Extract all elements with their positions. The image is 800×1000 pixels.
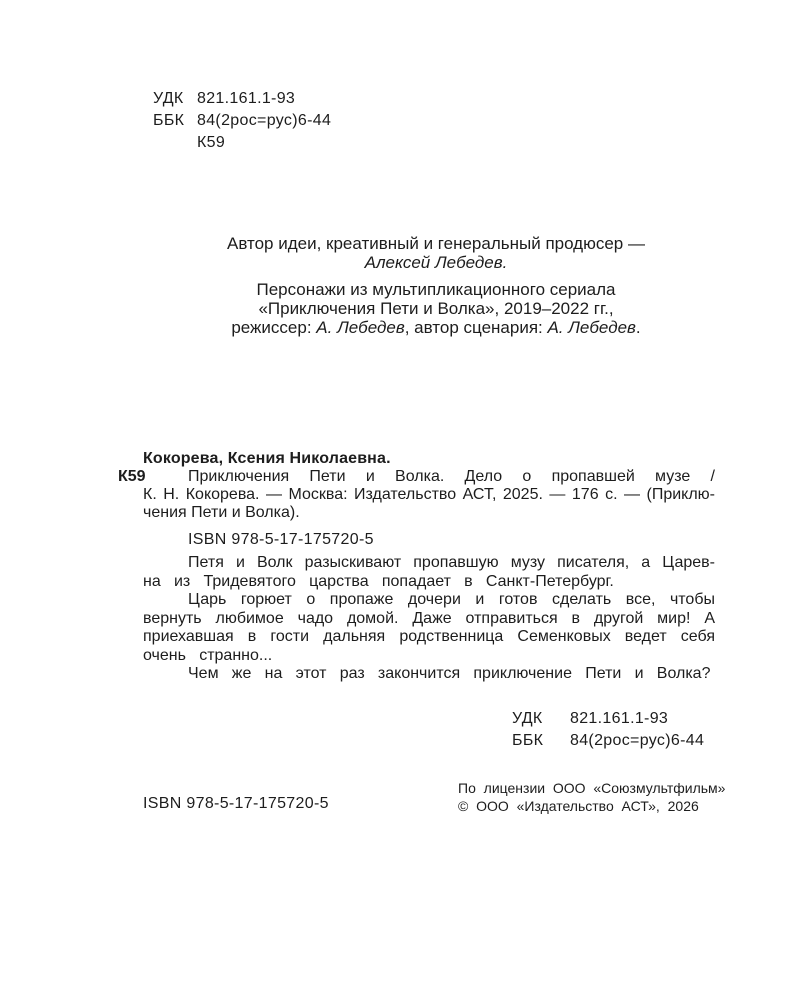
credits-scenario-prefix: , автор сценария:	[405, 318, 548, 337]
credits-characters-line: Персонажи из мультипликационного сериала	[126, 280, 746, 299]
annotation-block: Петя и Волк разыскивают пропавшую музу п…	[143, 554, 715, 684]
footer-rights-block: По лицензии ООО «Союзмультфильм» © ООО «…	[458, 779, 725, 815]
credits-line-period: .	[636, 318, 641, 337]
footer-isbn: ISBN 978-5-17-175720-5	[143, 795, 329, 813]
credits-director-line: режиссер: А. Лебедев, автор сценария: А.…	[126, 318, 746, 337]
bbk-row: ББК 84(2рос=рус)6-44	[153, 110, 331, 132]
udk-value: 821.161.1-93	[197, 88, 295, 110]
author-sign-spacer	[153, 132, 197, 154]
bbk-label-bottom: ББК	[512, 730, 570, 752]
bbk-value: 84(2рос=рус)6-44	[197, 110, 331, 132]
author-sign-top: К59	[197, 132, 225, 154]
catalog-record-line: чения Пети и Волка).	[143, 504, 715, 522]
credits-director-name: А. Лебедев	[316, 318, 404, 337]
udk-row: УДК 821.161.1-93	[153, 88, 331, 110]
bbk-value-bottom: 84(2рос=рус)6-44	[570, 730, 704, 752]
credits-series-line: «Приключения Пети и Волка», 2019–2022 гг…	[126, 299, 746, 318]
credits-block: Автор идеи, креативный и генеральный про…	[126, 234, 746, 337]
catalog-record-line: Приключения Пети и Волка. Дело о пропавш…	[143, 468, 715, 486]
credits-gap	[126, 272, 746, 280]
credits-director-prefix: режиссер:	[231, 318, 316, 337]
annotation-line: Царь горюет о пропаже дочери и готов сде…	[143, 591, 715, 610]
credits-scenario-name: А. Лебедев	[547, 318, 635, 337]
udk-value-bottom: 821.161.1-93	[570, 708, 668, 730]
footer-copyright-line: © ООО «Издательство АСТ», 2026	[458, 797, 725, 815]
bbk-label: ББК	[153, 110, 197, 132]
bbk-row-bottom: ББК 84(2рос=рус)6-44	[512, 730, 704, 752]
annotation-line: приехавшая в гости дальняя родственница …	[143, 628, 715, 647]
credits-producer-name: Алексей Лебедев.	[126, 253, 746, 272]
footer-license-line: По лицензии ООО «Союзмультфильм»	[458, 779, 725, 797]
annotation-line: вернуть любимое чадо домой. Даже отправи…	[143, 610, 715, 629]
udk-label: УДК	[153, 88, 197, 110]
catalog-author-sign: К59	[118, 468, 146, 486]
catalog-record: Приключения Пети и Волка. Дело о пропавш…	[143, 468, 715, 522]
credits-producer-line: Автор идеи, креативный и генеральный про…	[126, 234, 746, 253]
bottom-codes-block: УДК 821.161.1-93 ББК 84(2рос=рус)6-44	[512, 708, 704, 752]
annotation-line: Чем же на этот раз закончится приключени…	[143, 665, 715, 684]
book-imprint-page: { "page": { "background": "#ffffff", "te…	[0, 0, 800, 1000]
annotation-line: Петя и Волк разыскивают пропавшую музу п…	[143, 554, 715, 573]
catalog-record-line: К. Н. Кокорева. — Москва: Издательство А…	[143, 486, 715, 504]
catalog-author-heading: Кокорева, Ксения Николаевна.	[143, 450, 391, 468]
catalog-isbn: ISBN 978-5-17-175720-5	[188, 531, 374, 549]
udk-row-bottom: УДК 821.161.1-93	[512, 708, 704, 730]
annotation-line: очень странно...	[143, 647, 715, 666]
author-sign-row: К59	[153, 132, 331, 154]
top-codes-block: УДК 821.161.1-93 ББК 84(2рос=рус)6-44 К5…	[153, 88, 331, 154]
udk-label-bottom: УДК	[512, 708, 570, 730]
annotation-line: на из Тридевятого царства попадает в Сан…	[143, 573, 715, 592]
